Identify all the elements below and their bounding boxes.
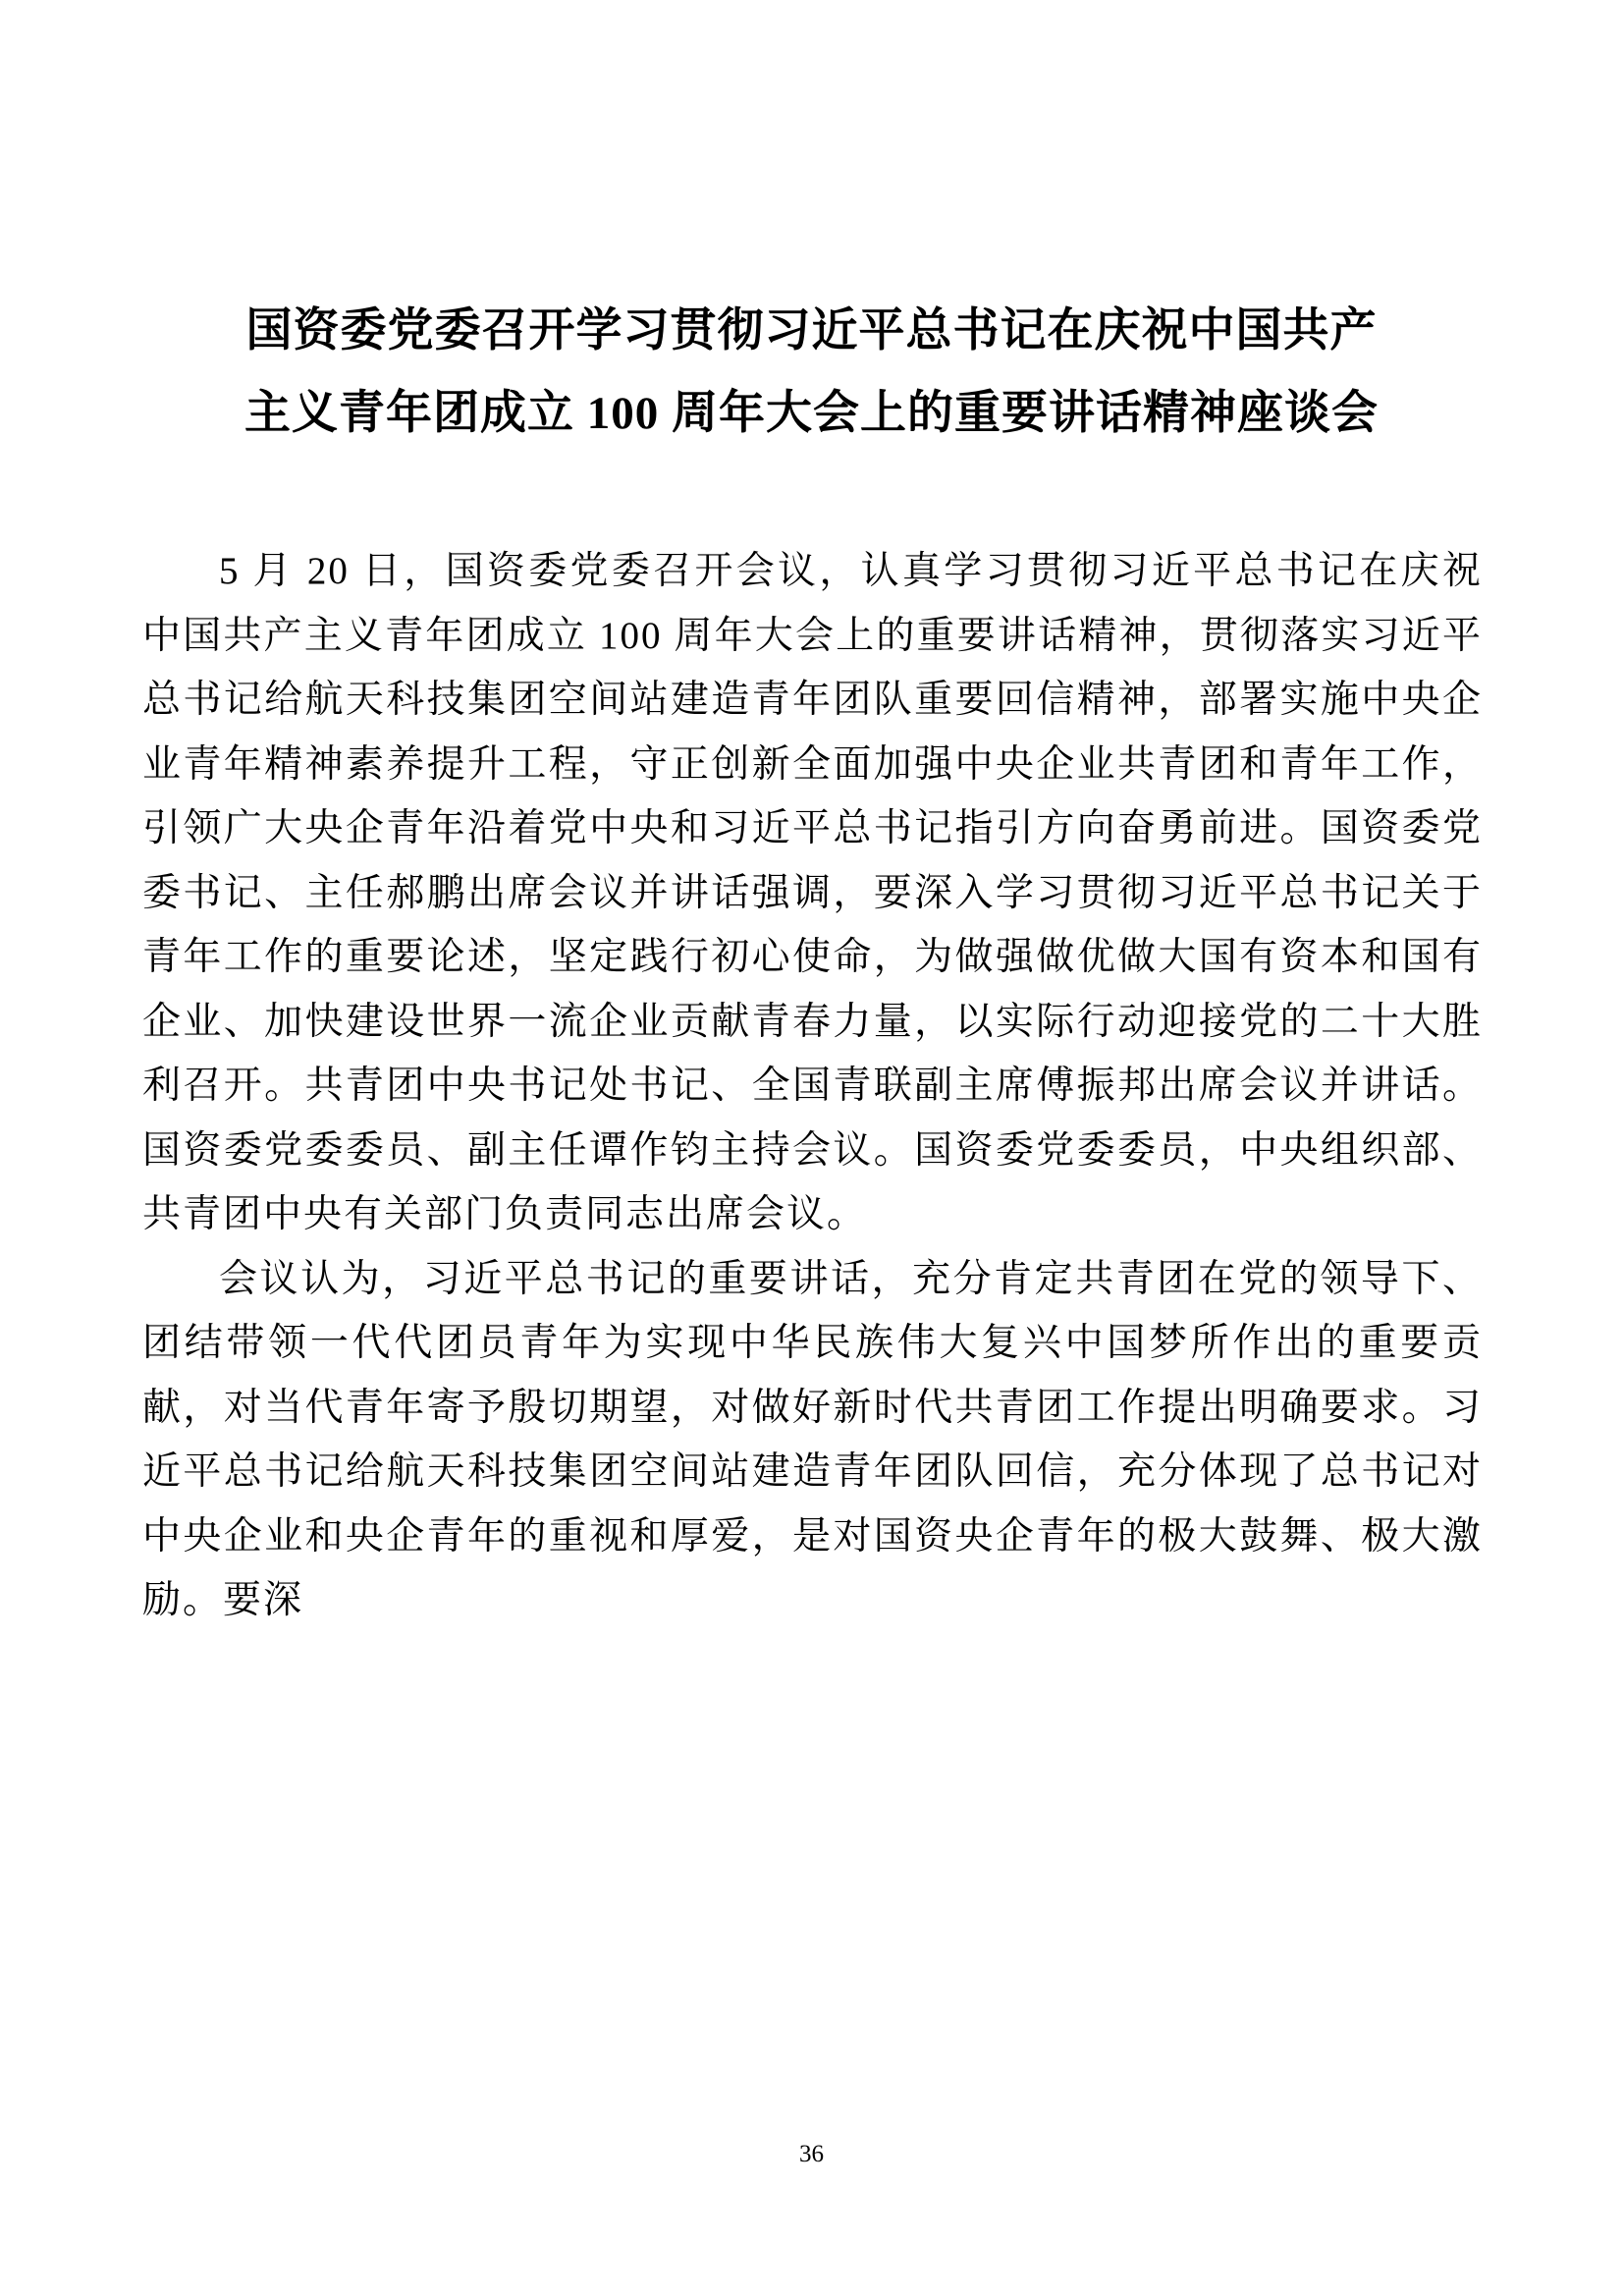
document-page: 国资委党委召开学习贯彻习近平总书记在庆祝中国共产 主义青年团成立 100 周年大… [0, 0, 1623, 2296]
document-title: 国资委党委召开学习贯彻习近平总书记在庆祝中国共产 主义青年团成立 100 周年大… [137, 290, 1486, 455]
paragraph-2: 会议认为，习近平总书记的重要讲话，充分肯定共青团在党的领导下、团结带领一代代团员… [142, 1247, 1483, 1633]
paragraph-1: 5 月 20 日，国资委党委召开会议，认真学习贯彻习近平总书记在庆祝中国共产主义… [142, 539, 1483, 1247]
title-line-1: 国资委党委召开学习贯彻习近平总书记在庆祝中国共产 [137, 290, 1486, 372]
document-body: 5 月 20 日，国资委党委召开会议，认真学习贯彻习近平总书记在庆祝中国共产主义… [142, 539, 1483, 1633]
page-number: 36 [0, 2141, 1623, 2168]
title-line-2: 主义青年团成立 100 周年大会上的重要讲话精神座谈会 [137, 372, 1486, 455]
